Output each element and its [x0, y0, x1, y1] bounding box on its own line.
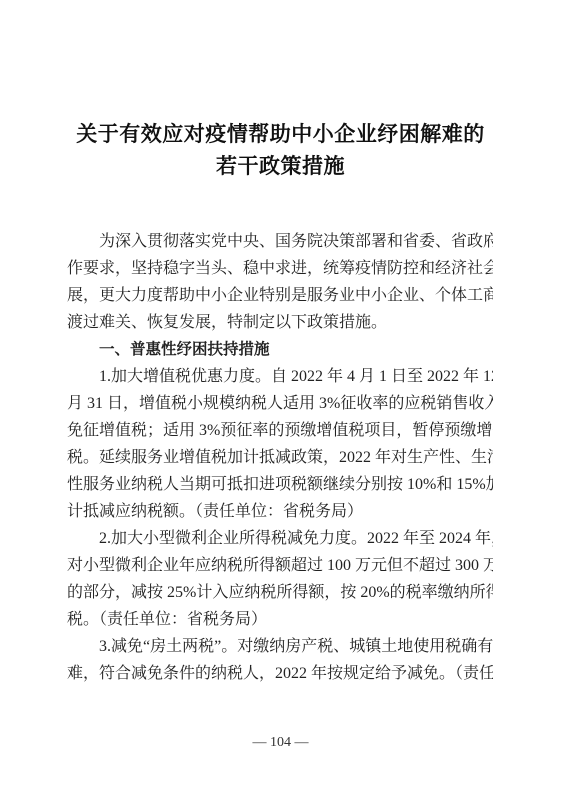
document-page: 关于有效应对疫情帮助中小企业纾困解难的 若干政策措施 为深入贯彻落实党中央、国务…: [0, 0, 561, 793]
page-number: — 104 —: [0, 735, 561, 751]
item-line: 计抵减应纳税额。（责任单位：省税务局）: [67, 498, 493, 525]
item-line: 对小型微利企业年应纳税所得额超过 100 万元但不超过 300 万元: [67, 552, 493, 579]
document-body: 为深入贯彻落实党中央、国务院决策部署和省委、省政府工 作要求，坚持稳字当头、稳中…: [67, 228, 493, 687]
policy-item-1: 1.加大增值税优惠力度。自 2022 年 4 月 1 日至 2022 年 12 …: [67, 363, 493, 525]
item-line: 税。（责任单位：省税务局）: [67, 606, 493, 633]
section-heading: 一、普惠性纾困扶持措施: [67, 336, 493, 363]
intro-line: 渡过难关、恢复发展，特制定以下政策措施。: [67, 309, 493, 336]
item-line: 免征增值税；适用 3%预征率的预缴增值税项目，暂停预缴增值: [67, 417, 493, 444]
document-title-line-2: 若干政策措施: [0, 150, 561, 180]
document-title-line-1: 关于有效应对疫情帮助中小企业纾困解难的: [0, 118, 561, 148]
policy-item-2: 2.加大小型微利企业所得税减免力度。2022 年至 2024 年， 对小型微利企…: [67, 525, 493, 633]
item-line: 难，符合减免条件的纳税人，2022 年按规定给予减免。（责任: [67, 660, 493, 687]
intro-line: 展，更大力度帮助中小企业特别是服务业中小企业、个体工商户: [67, 282, 493, 309]
item-line: 的部分，减按 25%计入应纳税所得额，按 20%的税率缴纳所得: [67, 579, 493, 606]
item-line: 月 31 日，增值税小规模纳税人适用 3%征收率的应税销售收入，: [67, 390, 493, 417]
item-line: 性服务业纳税人当期可抵扣进项税额继续分别按 10%和 15%加: [67, 471, 493, 498]
item-line: 3.减免“房土两税”。对缴纳房产税、城镇土地使用税确有困: [67, 633, 493, 660]
item-line: 税。延续服务业增值税加计抵减政策，2022 年对生产性、生活: [67, 444, 493, 471]
item-line: 1.加大增值税优惠力度。自 2022 年 4 月 1 日至 2022 年 12: [67, 363, 493, 390]
item-line: 2.加大小型微利企业所得税减免力度。2022 年至 2024 年，: [67, 525, 493, 552]
intro-paragraph: 为深入贯彻落实党中央、国务院决策部署和省委、省政府工 作要求，坚持稳字当头、稳中…: [67, 228, 493, 336]
intro-line: 作要求，坚持稳字当头、稳中求进，统筹疫情防控和经济社会发: [67, 255, 493, 282]
policy-item-3: 3.减免“房土两税”。对缴纳房产税、城镇土地使用税确有困 难，符合减免条件的纳税…: [67, 633, 493, 687]
intro-line: 为深入贯彻落实党中央、国务院决策部署和省委、省政府工: [67, 228, 493, 255]
